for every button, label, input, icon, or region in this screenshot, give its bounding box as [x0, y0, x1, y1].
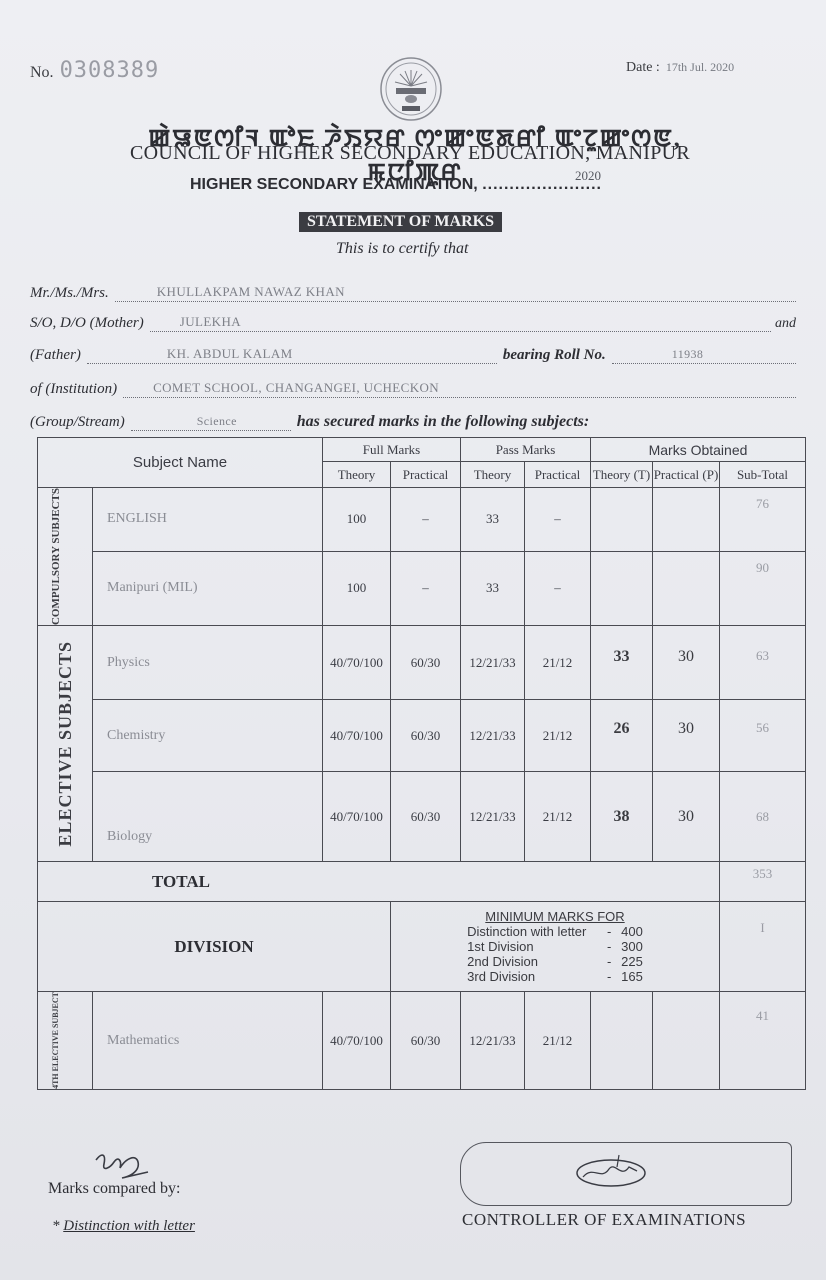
distinction-note: * Distinction with letter	[52, 1218, 195, 1235]
marks-table: Subject Name Full Marks Pass Marks Marks…	[37, 437, 806, 1090]
table-row: COMPULSORY SUBJECTS ENGLISH 100 – 33 – 7…	[38, 488, 806, 552]
mother-value: JULEKHA	[180, 314, 241, 329]
stream-value: Science	[197, 414, 237, 428]
header-pass-marks: Pass Marks	[461, 438, 591, 462]
stream-label: (Group/Stream)	[30, 414, 125, 431]
father-field: (Father) KH. ABDUL KALAM bearing Roll No…	[30, 345, 796, 364]
exam-label: HIGHER SECONDARY EXAMINATION,	[190, 176, 478, 193]
header-pass-practical: Practical	[525, 462, 591, 488]
name-field: Mr./Ms./Mrs. KHULLAKPAM NAWAZ KHAN	[30, 283, 796, 302]
issue-date: Date :17th Jul. 2020	[626, 60, 734, 76]
date-value: 17th Jul. 2020	[666, 60, 734, 74]
certify-text: This is to certify that	[336, 240, 468, 258]
exam-year: 2020	[575, 168, 601, 184]
table-row: 4TH ELECTIVE SUBJECT Mathematics 40/70/1…	[38, 992, 806, 1090]
total-label: TOTAL	[38, 862, 720, 902]
name-label: Mr./Ms./Mrs.	[30, 285, 109, 302]
mother-label: S/O, D/O (Mother)	[30, 315, 144, 332]
header-obt-practical: Practical (P)	[653, 462, 720, 488]
total-value: 353	[720, 862, 806, 902]
mother-field: S/O, D/O (Mother) JULEKHA and	[30, 313, 796, 332]
serial-number-label: No.	[30, 64, 54, 81]
table-row: ELECTIVE SUBJECTS Physics 40/70/100 60/3…	[38, 626, 806, 700]
header-marks-obtained: Marks Obtained	[591, 438, 806, 462]
group-fourth-elective: 4TH ELECTIVE SUBJECT	[38, 992, 93, 1090]
controller-of-examinations: CONTROLLER OF EXAMINATIONS	[462, 1210, 746, 1230]
father-label: (Father)	[30, 347, 81, 364]
roll-value: 11938	[672, 347, 704, 361]
institution-field: of (Institution) COMET SCHOOL, CHANGANGE…	[30, 379, 796, 398]
stream-field: (Group/Stream) Science has secured marks…	[30, 412, 796, 431]
serial-number: No.0308389	[30, 58, 159, 83]
council-emblem-icon	[378, 56, 444, 122]
minimum-marks-title: MINIMUM MARKS FOR	[467, 909, 643, 924]
division-row: DIVISION MINIMUM MARKS FOR Distinction w…	[38, 902, 806, 992]
header-full-theory: Theory	[323, 462, 391, 488]
statement-title: STATEMENT OF MARKS	[299, 212, 502, 232]
header-subject-name: Subject Name	[38, 438, 323, 488]
header-obt-theory: Theory (T)	[591, 462, 653, 488]
council-name: COUNCIL OF HIGHER SECONDARY EDUCATION, M…	[90, 142, 730, 165]
header-pass-theory: Theory	[461, 462, 525, 488]
header-full-practical: Practical	[391, 462, 461, 488]
header-full-marks: Full Marks	[323, 438, 461, 462]
father-value: KH. ABDUL KALAM	[167, 346, 293, 361]
marks-compared-by: Marks compared by:	[48, 1180, 180, 1198]
institution-value: COMET SCHOOL, CHANGANGEI, UCHECKON	[153, 380, 439, 395]
header-sub-total: Sub-Total	[720, 462, 806, 488]
marksheet-page: No.0308389 Date :17th Jul. 2020 ꯀꯥꯎꯟꯁꯤꯜ …	[0, 0, 826, 1280]
date-label: Date :	[626, 60, 660, 75]
division-label: DIVISION	[38, 902, 391, 992]
total-row: TOTAL 353	[38, 862, 806, 902]
group-elective: ELECTIVE SUBJECTS	[38, 626, 93, 862]
table-row: Manipuri (MIL) 100 – 33 – 90	[38, 551, 806, 625]
name-value: KHULLAKPAM NAWAZ KHAN	[157, 284, 345, 299]
controller-signature-box	[460, 1142, 792, 1206]
institution-label: of (Institution)	[30, 381, 117, 398]
minimum-marks: MINIMUM MARKS FOR Distinction with lette…	[391, 902, 720, 992]
table-row: Biology 40/70/100 60/30 12/21/33 21/12 3…	[38, 772, 806, 862]
controller-signature-icon	[571, 1151, 651, 1191]
exam-title: HIGHER SECONDARY EXAMINATION, ..........…	[190, 176, 602, 194]
division-value: I	[720, 902, 806, 992]
table-row: Chemistry 40/70/100 60/30 12/21/33 21/12…	[38, 700, 806, 772]
serial-number-value: 0308389	[60, 58, 160, 83]
roll-label: bearing Roll No.	[503, 347, 606, 364]
secured-text: has secured marks in the following subje…	[297, 413, 589, 431]
and-text: and	[775, 316, 796, 332]
group-compulsory: COMPULSORY SUBJECTS	[38, 488, 93, 626]
